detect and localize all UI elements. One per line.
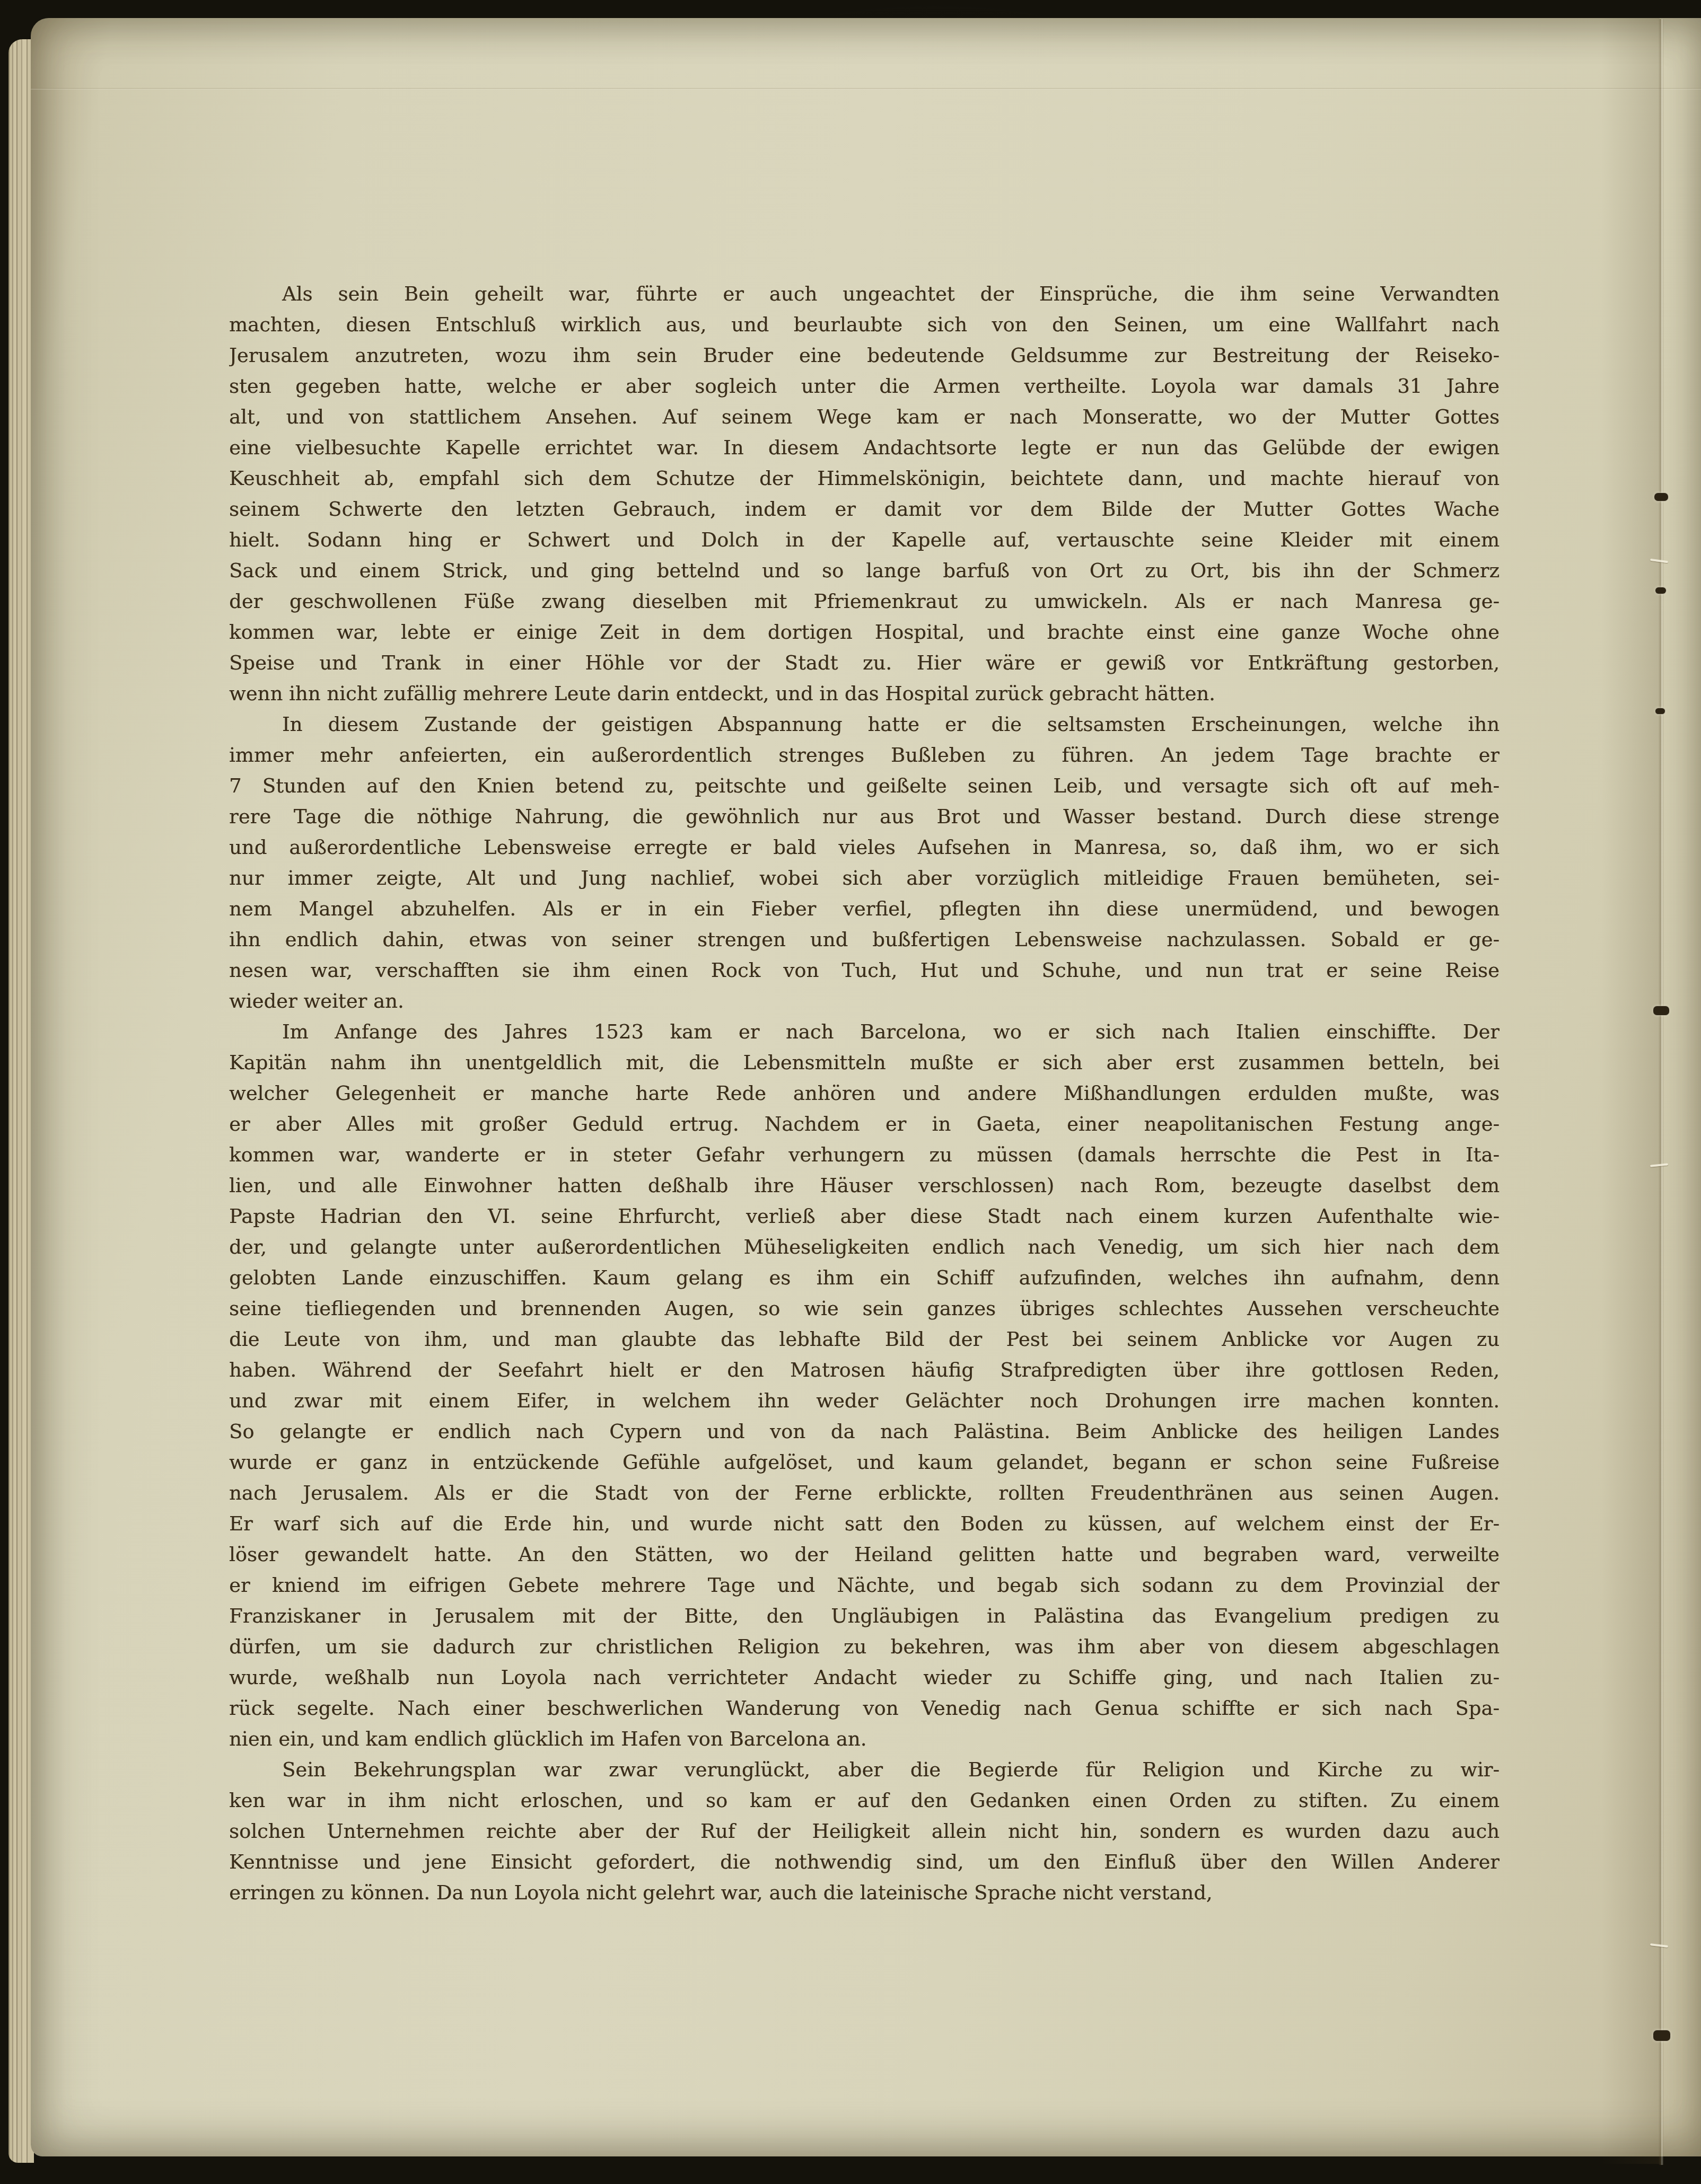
binding-stitch bbox=[1654, 493, 1668, 501]
text-line: ihn endlich dahin, etwas von seiner stre… bbox=[229, 924, 1500, 955]
text-line: 7 Stunden auf den Knien betend zu, peits… bbox=[229, 771, 1500, 802]
text-line: Franziskaner in Jerusalem mit der Bitte,… bbox=[229, 1601, 1500, 1632]
text-line: nesen war, verschafften sie ihm einen Ro… bbox=[229, 955, 1500, 986]
text-line: löser gewandelt hatte. An den Stätten, w… bbox=[229, 1539, 1500, 1570]
text-line: seinem Schwerte den letzten Gebrauch, in… bbox=[229, 494, 1500, 525]
text-line: er kniend im eifrigen Gebete mehrere Tag… bbox=[229, 1570, 1500, 1601]
text-line: wenn ihn nicht zufällig mehrere Leute da… bbox=[229, 679, 1500, 709]
text-line: wieder weiter an. bbox=[229, 986, 1500, 1017]
text-line: sten gegeben hatte, welche er aber sogle… bbox=[229, 371, 1500, 402]
text-line: hielt. Sodann hing er Schwert und Dolch … bbox=[229, 525, 1500, 556]
text-line: nach Jerusalem. Als er die Stadt von der… bbox=[229, 1478, 1500, 1509]
text-line: gelobten Lande einzuschiffen. Kaum gelan… bbox=[229, 1263, 1500, 1293]
binding-stitch bbox=[1653, 2030, 1670, 2041]
text-line: Kapitän nahm ihn unentgeldlich mit, die … bbox=[229, 1047, 1500, 1078]
gutter-seam bbox=[1659, 19, 1663, 2165]
text-line: eine vielbesuchte Kapelle errichtet war.… bbox=[229, 433, 1500, 463]
text-line: seine tiefliegenden und brennenden Augen… bbox=[229, 1293, 1500, 1324]
text-line: Speise und Trank in einer Höhle vor der … bbox=[229, 648, 1500, 679]
text-line: immer mehr anfeierten, ein außerordentli… bbox=[229, 740, 1500, 771]
text-line: solchen Unternehmen reichte aber der Ruf… bbox=[229, 1816, 1500, 1847]
text-line: Im Anfange des Jahres 1523 kam er nach B… bbox=[229, 1017, 1500, 1047]
text-line: Kenntnisse und jene Einsicht gefordert, … bbox=[229, 1847, 1500, 1878]
text-line: nien ein, und kam endlich glücklich im H… bbox=[229, 1724, 1500, 1755]
text-line: Keuschheit ab, empfahl sich dem Schutze … bbox=[229, 463, 1500, 494]
paragraph: Als sein Bein geheilt war, führte er auc… bbox=[229, 279, 1500, 709]
text-line: haben. Während der Seefahrt hielt er den… bbox=[229, 1355, 1500, 1386]
paragraph: Im Anfange des Jahres 1523 kam er nach B… bbox=[229, 1017, 1500, 1755]
scan-background: Als sein Bein geheilt war, führte er auc… bbox=[0, 0, 1701, 2184]
text-line: machten, diesen Entschluß wirklich aus, … bbox=[229, 310, 1500, 340]
text-line: wurde er ganz in entzückende Gefühle auf… bbox=[229, 1447, 1500, 1478]
crease-line bbox=[31, 88, 1701, 90]
text-line: kommen war, lebte er einige Zeit in dem … bbox=[229, 617, 1500, 648]
text-line: nur immer zeigte, Alt und Jung nachlief,… bbox=[229, 863, 1500, 894]
text-line: und zwar mit einem Eifer, in welchem ihn… bbox=[229, 1386, 1500, 1416]
binding-stitch bbox=[1655, 587, 1666, 594]
paragraph: Sein Bekehrungsplan war zwar verunglückt… bbox=[229, 1755, 1500, 1908]
text-line: der, und gelangte unter außerordentliche… bbox=[229, 1232, 1500, 1263]
text-line: der geschwollenen Füße zwang dieselben m… bbox=[229, 586, 1500, 617]
text-line: Papste Hadrian den VI. seine Ehrfurcht, … bbox=[229, 1201, 1500, 1232]
text-line: er aber Alles mit großer Geduld ertrug. … bbox=[229, 1109, 1500, 1140]
page-text: Als sein Bein geheilt war, führte er auc… bbox=[229, 279, 1500, 1908]
text-line: Jerusalem anzutreten, wozu ihm sein Brud… bbox=[229, 340, 1500, 371]
text-line: nem Mangel abzuhelfen. Als er in ein Fie… bbox=[229, 894, 1500, 924]
paragraph: In diesem Zustande der geistigen Abspann… bbox=[229, 709, 1500, 1017]
text-line: wurde, weßhalb nun Loyola nach verrichte… bbox=[229, 1662, 1500, 1693]
text-line: welcher Gelegenheit er manche harte Rede… bbox=[229, 1078, 1500, 1109]
text-line: erringen zu können. Da nun Loyola nicht … bbox=[229, 1878, 1500, 1908]
text-line: kommen war, wanderte er in steter Gefahr… bbox=[229, 1140, 1500, 1170]
text-line: lien, und alle Einwohner hatten deßhalb … bbox=[229, 1170, 1500, 1201]
text-line: die Leute von ihm, und man glaubte das l… bbox=[229, 1324, 1500, 1355]
text-line: ken war in ihm nicht erloschen, und so k… bbox=[229, 1785, 1500, 1816]
text-line: So gelangte er endlich nach Cypern und v… bbox=[229, 1416, 1500, 1447]
text-line: rere Tage die nöthige Nahrung, die gewöh… bbox=[229, 802, 1500, 832]
text-line: rück segelte. Nach einer beschwerlichen … bbox=[229, 1693, 1500, 1724]
text-line: alt, und von stattlichem Ansehen. Auf se… bbox=[229, 402, 1500, 433]
text-line: und außerordentliche Lebensweise erregte… bbox=[229, 832, 1500, 863]
text-line: Er warf sich auf die Erde hin, und wurde… bbox=[229, 1509, 1500, 1539]
text-line: Sein Bekehrungsplan war zwar verunglückt… bbox=[229, 1755, 1500, 1785]
gutter-shadow bbox=[1601, 18, 1660, 2164]
text-line: Sack und einem Strick, und ging bettelnd… bbox=[229, 556, 1500, 586]
text-line: Als sein Bein geheilt war, führte er auc… bbox=[229, 279, 1500, 310]
left-page-edges bbox=[8, 39, 34, 2163]
book-page: Als sein Bein geheilt war, führte er auc… bbox=[31, 18, 1701, 2156]
binding-stitch bbox=[1655, 708, 1665, 714]
text-line: dürfen, um sie dadurch zur christlichen … bbox=[229, 1632, 1500, 1662]
text-line: In diesem Zustande der geistigen Abspann… bbox=[229, 709, 1500, 740]
binding-stitch bbox=[1653, 1006, 1669, 1015]
